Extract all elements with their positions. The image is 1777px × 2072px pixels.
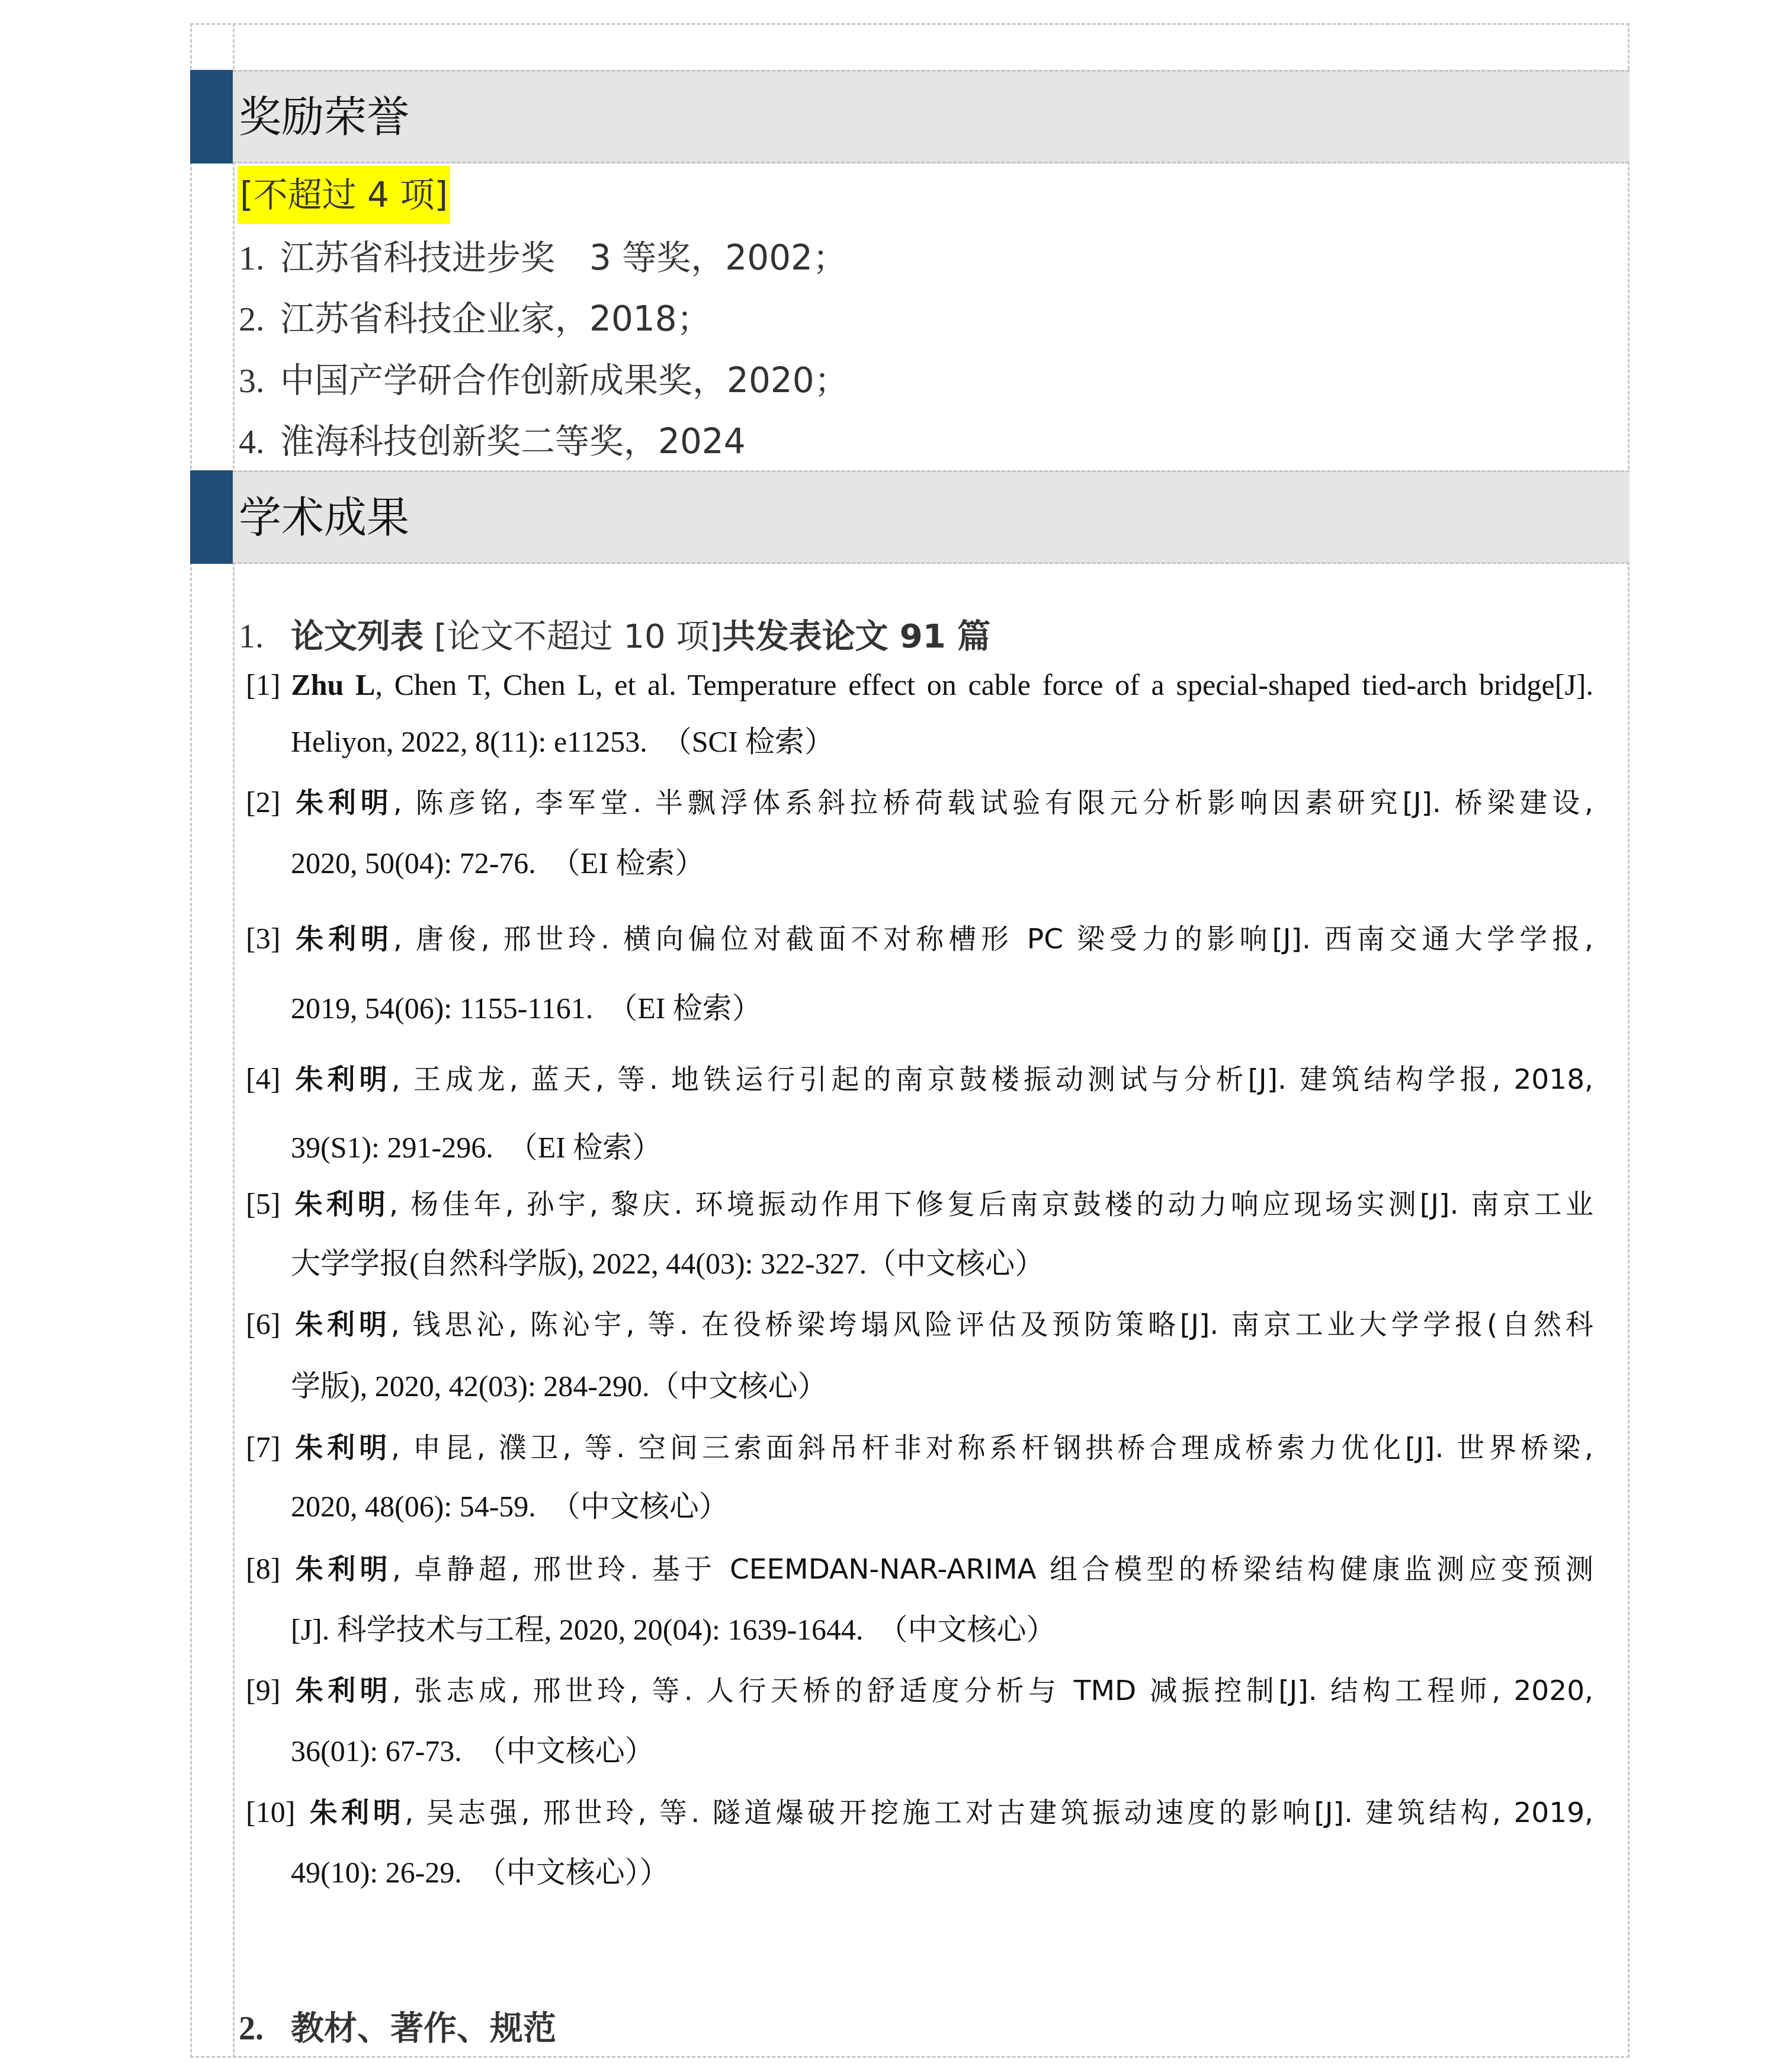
reference-text: , 卓静超, 邢世玲. 基于 CEEMDAN-NAR-ARIMA 组合模型的桥梁… <box>392 1553 1593 1586</box>
award-text: 中国产学研合作创新成果奖，2020； <box>280 360 849 400</box>
reference-author: 朱利明 <box>291 1432 391 1464</box>
reference-line: [4]朱利明, 王成龙, 蓝天, 等. 地铁运行引起的南京鼓楼振动测试与分析[J… <box>246 1058 1593 1101</box>
award-text: 江苏省科技企业家，2018； <box>280 299 711 339</box>
heading-label: 教材、著作、规范 <box>291 2009 556 2048</box>
reference-line-continued: [J]. 科学技术与工程, 2020, 20(04): 1639-1644. （… <box>291 1609 1056 1650</box>
reference-author: 朱利明 <box>291 923 393 955</box>
section-title: 奖励荣誉 <box>239 72 409 162</box>
reference-index: [4] <box>246 1058 280 1099</box>
limit-tag-highlight: [不超过 4 项] <box>238 166 450 224</box>
reference-index: [2] <box>246 781 280 823</box>
section-header-academic: 学术成果 <box>190 470 1630 564</box>
reference-line: [5]朱利明, 杨佳年, 孙宇, 黎庆. 环境振动作用下修复后南京鼓楼的动力响应… <box>246 1183 1593 1226</box>
reference-text: 36(01): 67-73. （中文核心） <box>291 1734 655 1768</box>
award-number: 4. <box>239 418 280 466</box>
reference-author: 朱利明 <box>291 1553 392 1586</box>
award-number: 1. <box>239 235 280 282</box>
reference-index: [5] <box>246 1183 280 1224</box>
reference-index: [1] <box>246 664 280 705</box>
reference-text: , 杨佳年, 孙宇, 黎庆. 环境振动作用下修复后南京鼓楼的动力响应现场实测[J… <box>389 1188 1593 1221</box>
reference-text: 2020, 48(06): 54-59. （中文核心） <box>291 1490 729 1523</box>
reference-author: 朱利明 <box>291 787 393 819</box>
reference-index: [9] <box>246 1669 280 1711</box>
award-item: 4.淮海科技创新奖二等奖，2024 <box>239 418 746 466</box>
papers-heading: 1.论文列表 [论文不超过 10 项]共发表论文 91 篇 <box>239 613 990 660</box>
accent-bar <box>190 470 233 564</box>
reference-text: 学版), 2020, 42(03): 284-290.（中文核心） <box>291 1369 827 1403</box>
column-divider <box>233 23 235 2058</box>
reference-author: 朱利明 <box>291 1675 392 1707</box>
reference-line: [2]朱利明, 陈彦铭, 李军堂. 半飘浮体系斜拉桥荷载试验有限元分析影响因素研… <box>246 781 1593 824</box>
reference-text: Heliyon, 2022, 8(11): e11253. （SCI 检索） <box>291 725 834 758</box>
award-item: 1.江苏省科技进步奖 3 等奖，2002； <box>239 234 847 282</box>
reference-author: 朱利明 <box>306 1797 405 1829</box>
reference-text: , 唐俊, 邢世玲. 横向偏位对截面不对称槽形 PC 梁受力的影响[J]. 西南… <box>393 923 1593 955</box>
reference-line: [8]朱利明, 卓静超, 邢世玲. 基于 CEEMDAN-NAR-ARIMA 组… <box>246 1548 1593 1590</box>
heading-label: 论文列表 <box>291 617 424 656</box>
reference-text: , 王成龙, 蓝天, 等. 地铁运行引起的南京鼓楼振动测试与分析[J]. 建筑结… <box>392 1063 1593 1096</box>
reference-text: [J]. 科学技术与工程, 2020, 20(04): 1639-1644. （… <box>291 1613 1056 1646</box>
reference-line-continued: 2020, 48(06): 54-59. （中文核心） <box>291 1486 729 1527</box>
reference-line: [6]朱利明, 钱思沁, 陈沁宇, 等. 在役桥梁垮塌风险评估及预防策略[J].… <box>246 1303 1593 1346</box>
heading-limit: [论文不超过 10 项] <box>434 617 723 656</box>
reference-author: Zhu L <box>291 668 375 701</box>
reference-text: , 张志成, 邢世玲, 等. 人行天桥的舒适度分析与 TMD 减振控制[J]. … <box>392 1675 1593 1707</box>
reference-index: [7] <box>246 1426 280 1468</box>
award-text: 淮海科技创新奖二等奖，2024 <box>280 421 746 461</box>
award-item: 2.江苏省科技企业家，2018； <box>239 295 711 343</box>
reference-line-continued: 2019, 54(06): 1155-1161. （EI 检索） <box>291 987 762 1029</box>
reference-index: [10] <box>246 1791 295 1833</box>
reference-author: 朱利明 <box>291 1188 389 1221</box>
reference-line-continued: 2020, 50(04): 72-76. （EI 检索） <box>291 842 705 884</box>
reference-text: 大学学报(自然科学版), 2022, 44(03): 322-327.（中文核心… <box>291 1247 1044 1280</box>
reference-line: [1]Zhu L, Chen T, Chen L, et al. Tempera… <box>246 664 1593 705</box>
reference-line-continued: 大学学报(自然科学版), 2022, 44(03): 322-327.（中文核心… <box>291 1243 1044 1284</box>
textbooks-heading: 2.教材、著作、规范 <box>239 2005 556 2052</box>
heading-number: 2. <box>239 2005 291 2052</box>
reference-line-continued: 36(01): 67-73. （中文核心） <box>291 1730 655 1772</box>
award-item: 3.中国产学研合作创新成果奖，2020； <box>239 357 849 405</box>
reference-line: [3]朱利明, 唐俊, 邢世玲. 横向偏位对截面不对称槽形 PC 梁受力的影响[… <box>246 918 1593 960</box>
reference-text: 2019, 54(06): 1155-1161. （EI 检索） <box>291 992 762 1025</box>
section-header-awards: 奖励荣誉 <box>190 70 1630 163</box>
heading-number: 1. <box>239 613 291 660</box>
reference-index: [8] <box>246 1548 280 1589</box>
reference-text: , 申昆, 濮卫, 等. 空间三索面斜吊杆非对称系杆钢拱桥合理成桥索力优化[J]… <box>391 1432 1593 1464</box>
award-number: 3. <box>239 357 280 405</box>
reference-text: , 陈彦铭, 李军堂. 半飘浮体系斜拉桥荷载试验有限元分析影响因素研究[J]. … <box>393 787 1593 819</box>
reference-text: 2020, 50(04): 72-76. （EI 检索） <box>291 846 705 880</box>
reference-text: 39(S1): 291-296. （EI 检索） <box>291 1131 662 1164</box>
reference-index: [3] <box>246 918 280 959</box>
reference-line: [7]朱利明, 申昆, 濮卫, 等. 空间三索面斜吊杆非对称系杆钢拱桥合理成桥索… <box>246 1426 1593 1469</box>
section-title: 学术成果 <box>239 472 409 562</box>
reference-text: , Chen T, Chen L, et al. Temperature eff… <box>375 668 1593 701</box>
reference-text: , 钱思沁, 陈沁宇, 等. 在役桥梁垮塌风险评估及预防策略[J]. 南京工业大… <box>391 1308 1593 1341</box>
award-number: 2. <box>239 296 280 343</box>
reference-line: [10]朱利明, 吴志强, 邢世玲, 等. 隧道爆破开挖施工对古建筑振动速度的影… <box>246 1791 1593 1834</box>
reference-index: [6] <box>246 1303 280 1345</box>
reference-text: , 吴志强, 邢世玲, 等. 隧道爆破开挖施工对古建筑振动速度的影响[J]. 建… <box>405 1797 1593 1829</box>
award-text: 江苏省科技进步奖 3 等奖，2002； <box>280 238 847 278</box>
reference-author: 朱利明 <box>291 1308 390 1341</box>
reference-line-continued: 49(10): 26-29. （中文核心）） <box>291 1852 669 1893</box>
reference-author: 朱利明 <box>291 1063 391 1096</box>
reference-line-continued: 39(S1): 291-296. （EI 检索） <box>291 1127 662 1168</box>
reference-line-continued: Heliyon, 2022, 8(11): e11253. （SCI 检索） <box>291 721 834 762</box>
reference-text: 49(10): 26-29. （中文核心）） <box>291 1856 669 1889</box>
reference-line-continued: 学版), 2020, 42(03): 284-290.（中文核心） <box>291 1365 827 1407</box>
heading-total: 共发表论文 91 篇 <box>722 617 990 656</box>
accent-bar <box>190 70 233 163</box>
reference-line: [9]朱利明, 张志成, 邢世玲, 等. 人行天桥的舒适度分析与 TMD 减振控… <box>246 1669 1593 1712</box>
